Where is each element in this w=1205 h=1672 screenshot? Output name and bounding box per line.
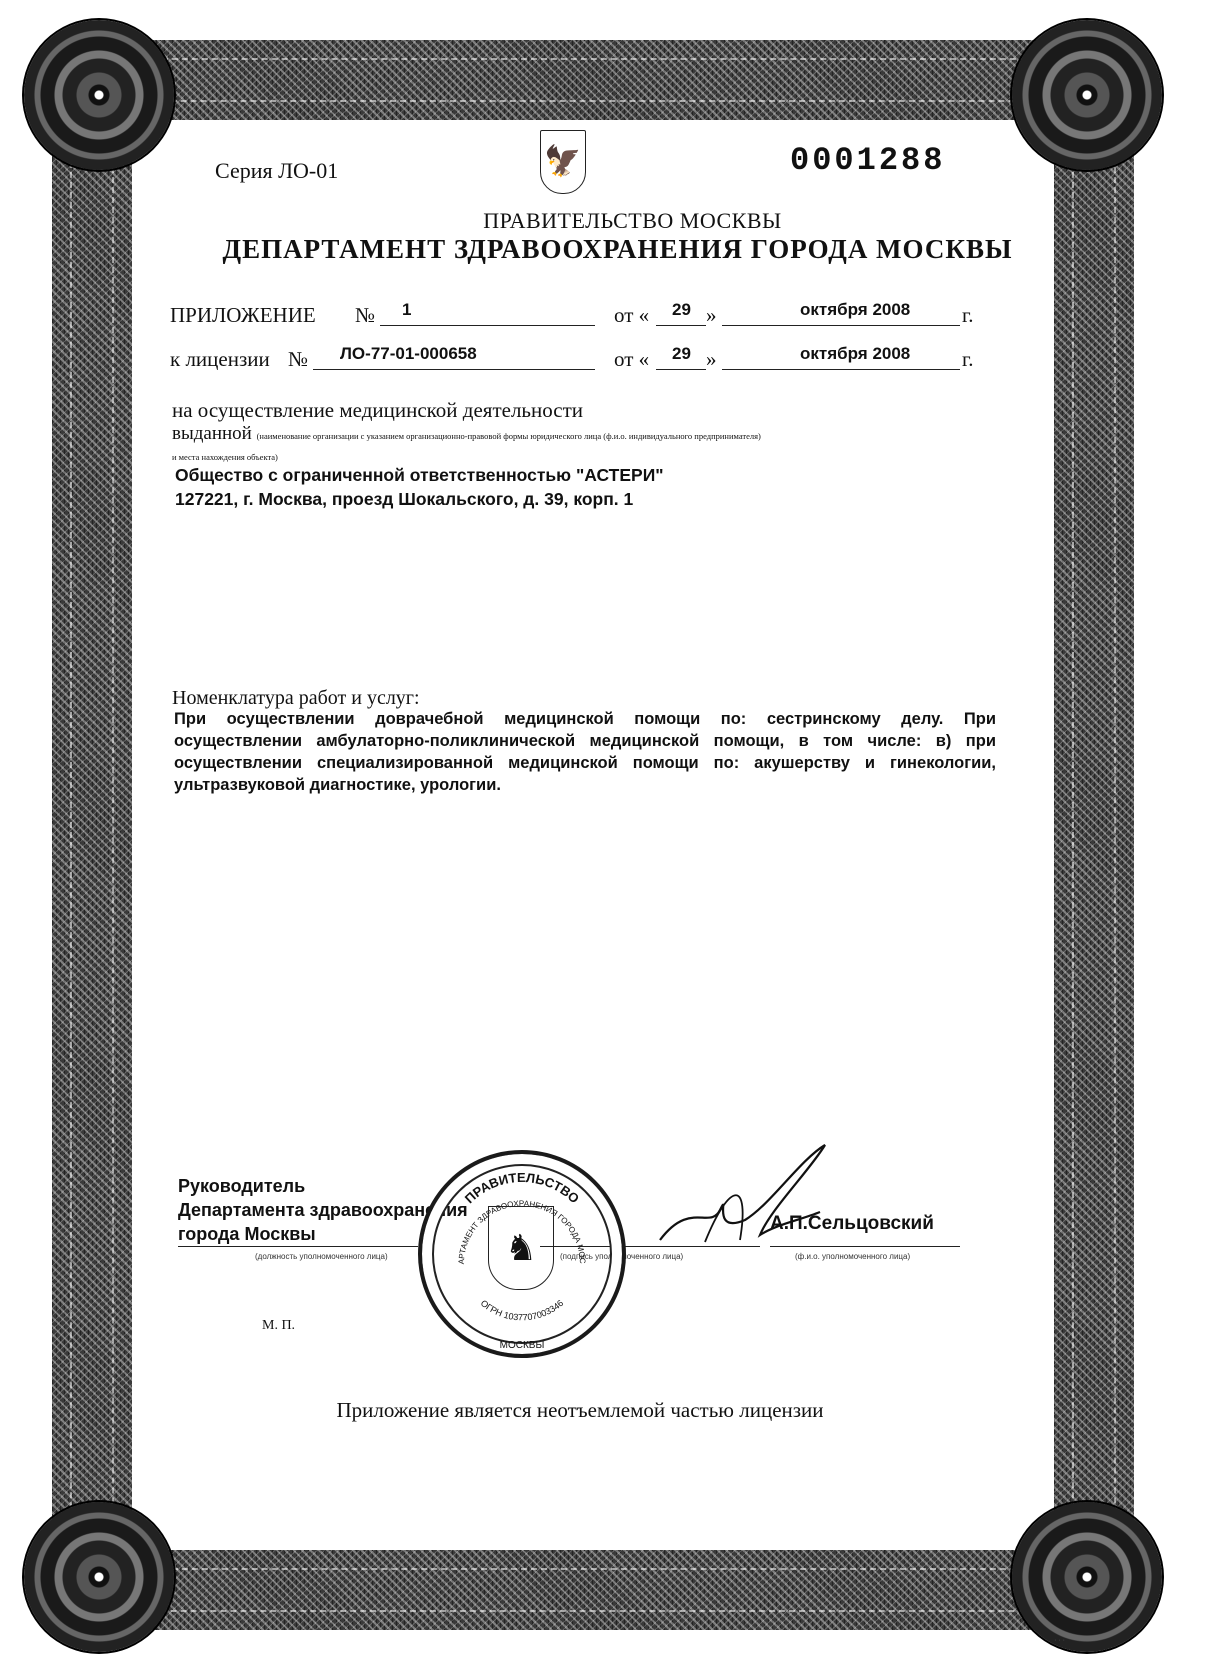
license-day: 29 (672, 344, 691, 364)
organization-address: 127221, г. Москва, проезд Шокальского, д… (175, 489, 633, 510)
issued-label: выданной (172, 423, 252, 444)
svg-text:МОСКВЫ: МОСКВЫ (500, 1340, 545, 1351)
decorative-border (52, 40, 1134, 1630)
appendix-no-label: № (355, 303, 375, 328)
official-seal: ПРАВИТЕЛЬСТВО ДЕПАРТАМЕНТ ЗДРАВООХРАНЕНИ… (418, 1150, 626, 1358)
appendix-day: 29 (672, 300, 691, 320)
appendix-row: ПРИЛОЖЕНИЕ № 1 от « 29 » октября 2008 г. (170, 300, 980, 330)
signatory-title-line1: Руководитель (178, 1176, 305, 1197)
position-line (178, 1246, 418, 1247)
border-top (92, 40, 1094, 120)
organization-name: Общество с ограниченной ответственностью… (175, 465, 664, 486)
footer-note: Приложение является неотъемлемой частью … (0, 1398, 1160, 1423)
handwritten-signature (650, 1140, 850, 1250)
government-title: ПРАВИТЕЛЬСТВО МОСКВЫ (0, 208, 1205, 234)
corner-rosette-icon (24, 1502, 174, 1652)
signatory-title-line3: города Москвы (178, 1224, 316, 1245)
license-no-label: № (288, 347, 308, 372)
caption-position: (должность уполномоченного лица) (255, 1252, 388, 1261)
license-number: ЛО-77-01-000658 (340, 344, 477, 364)
license-row: к лицензии № ЛО-77-01-000658 от « 29 » о… (170, 344, 980, 374)
appendix-number: 1 (402, 300, 411, 320)
border-left (52, 80, 132, 1590)
license-label: к лицензии (170, 347, 270, 372)
printer-imprint: · · · (1054, 1637, 1065, 1644)
appendix-label: ПРИЛОЖЕНИЕ (170, 303, 316, 328)
appendix-month-year: октября 2008 (800, 300, 910, 320)
svg-text:ОГРН 1037707003346: ОГРН 1037707003346 (479, 1298, 566, 1323)
nomenclature-title: Номенклатура работ и услуг: (172, 687, 420, 710)
appendix-close-quote: » (706, 303, 717, 328)
caption-name: (ф.и.о. уполномоченного лица) (795, 1252, 910, 1261)
seal-place-marker: М. П. (262, 1318, 295, 1334)
issued-hint-continued: и места нахождения объекта) (172, 452, 278, 462)
corner-rosette-icon (24, 20, 174, 170)
border-right (1054, 80, 1134, 1590)
issued-line: выданной (наименование организации с ука… (172, 423, 761, 445)
license-close-quote: » (706, 347, 717, 372)
license-month-year: октября 2008 (800, 344, 910, 364)
license-year-suffix: г. (962, 347, 974, 372)
appendix-from-label: от « (614, 303, 649, 328)
nomenclature-text: При осуществлении доврачебной медицинско… (174, 708, 996, 796)
border-bottom (92, 1550, 1094, 1630)
department-title: ДЕПАРТАМЕНТ ЗДРАВООХРАНЕНИЯ ГОРОДА МОСКВ… (0, 234, 1205, 265)
license-purpose: на осуществление медицинской деятельност… (172, 398, 583, 423)
russian-coat-of-arms-icon: 🦅 (540, 130, 586, 194)
watermark (330, 1540, 361, 1643)
moscow-coat-of-arms-icon: ♞ (488, 1206, 554, 1290)
license-from-label: от « (614, 347, 649, 372)
corner-rosette-icon (1012, 20, 1162, 170)
form-number: 0001288 (790, 142, 945, 179)
appendix-year-suffix: г. (962, 303, 974, 328)
corner-rosette-icon (1012, 1502, 1162, 1652)
appendix-number-field (380, 303, 595, 326)
series-label: Серия ЛО-01 (215, 158, 338, 184)
issued-hint: (наименование организации с указанием ор… (257, 431, 761, 441)
